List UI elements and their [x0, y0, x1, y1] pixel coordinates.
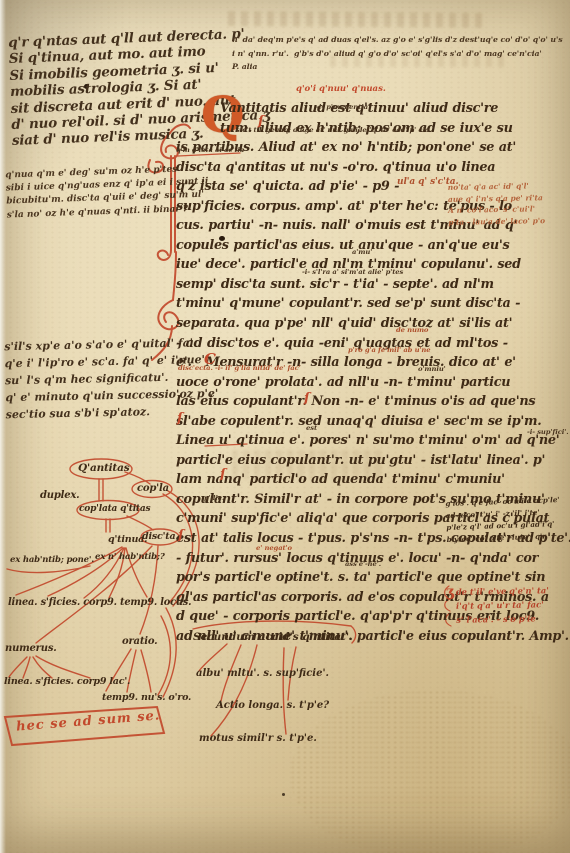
text-line: disc'ta q'antitas ut nu's -o'ro. q'tinua… — [176, 158, 570, 178]
paraph-mark: ſ — [220, 467, 226, 482]
interlinear-gloss: p'die. — [204, 494, 224, 502]
text-line: i n' q'nn. r'u'. g'b's d'o' aliud q' g'o… — [232, 47, 563, 61]
paraph-mark: ſ — [177, 411, 183, 426]
paraph-mark: ſ — [304, 391, 310, 406]
tree-node-copula: cop'la — [137, 483, 169, 494]
tree-node-ex-non-habentibus: ex n' hab'ntib;? — [95, 552, 165, 562]
right-margin-note-2: g'los'. q'e fac' oc'u'i a ocp'le'ad uico… — [445, 494, 561, 546]
tree-leaf-oratio: oratio. — [122, 636, 157, 647]
boxed-rubric-note: hec se ad sum se. — [16, 708, 161, 734]
accidens-item: Actio longa. s. t'p'e? — [216, 700, 329, 711]
accidens-item: motus simil'r s. t'p'e. — [199, 733, 317, 744]
text-line: copules particl'as eius. ut anu'que - an… — [176, 236, 570, 256]
tree-leaf-positionem-species: linea. s'ficies. corp9 lac'. — [4, 676, 130, 687]
text-line: n' da' deq'm p'e's q' ad duas q'el's. az… — [232, 33, 563, 47]
ink-blot — [282, 793, 285, 796]
text-line: particl'e eius copulant'r. ut pu'gtu' - … — [176, 451, 570, 471]
interlinear-gloss: q'm d'lata ai ac'tia — [176, 146, 244, 154]
text-line: Linea u' q'tinua e'. pores' n' su'mo t'm… — [176, 431, 570, 451]
paraph-mark: C — [204, 350, 216, 368]
interlinear-gloss: -i- sup'fici'. — [527, 428, 568, 436]
interlinear-gloss-red: p'ro g'a fe'mil' ab u'ne — [348, 346, 430, 354]
text-line: t'minu' q'mune' copulant'r. sed se'p' su… — [176, 294, 570, 314]
text-line: s' l'aca'. - s'o p'ie — [456, 611, 549, 627]
interlinear-gloss: -i- p'manentia' — [316, 103, 370, 111]
text-line: Vantitatis aliud est q'tinuu' aliud disc… — [220, 99, 570, 119]
top-right-gloss: n' da' deq'm p'e's q' ad duas q'el's. az… — [232, 33, 563, 74]
text-line: separata. qua p'pe' nll' q'uid' disc'toz… — [176, 314, 570, 334]
text-line: P. alia — [232, 60, 563, 74]
accidens-item: albu' mltu'. s. sup'ficie'. — [196, 668, 329, 679]
interlinear-gloss: a'mu' — [352, 248, 372, 256]
page-edge — [0, 0, 6, 853]
interlinear-gloss-red: e' negat'o — [256, 544, 292, 552]
tree-leaf-numerus: numerus. — [5, 643, 57, 654]
right-margin-note-1: no'ta' q'a ac' id' q'l'aue q' i'n's q'a … — [448, 180, 546, 228]
tree-node-copulata: cop'lata q'titas — [79, 504, 150, 514]
text-line: lam nanq' particl'o ad quenda' t'minu' c… — [176, 470, 570, 490]
accidens-root-label: Secundum accid's q'ntitat'. — [193, 631, 353, 643]
text-line: A n' co'l'aco' s' c'ui'l' — [448, 203, 545, 216]
tree-leaf-continua-species: linea. s'ficies. corp9. temp9. locus. — [8, 597, 191, 608]
text-line: semp' disc'ta sunt. sic'r - t'ia' - sept… — [176, 275, 570, 295]
interlinear-gloss: sic't til' ge'mq; d'lige at' nul' g'uide… — [236, 126, 432, 134]
text-line: sl'abe copulent'r. sed unaq'q' diuisa e'… — [176, 412, 570, 432]
tree-node-duplex: duplex. — [40, 490, 79, 501]
manuscript-page: q'r q'ntas aut q'll aut derecta. p'Si q'… — [0, 0, 570, 853]
text-line: las eius copulant'r. Non -n- e' t'minus … — [176, 392, 570, 412]
margin-note-bracket-glyph: ʒ — [446, 586, 454, 599]
text-line: p'ta - lau'a de' laco' p'o — [448, 215, 545, 228]
interlinear-gloss: ass'e'-he'. — [345, 560, 381, 568]
tree-leaf-non-positionem-species: temp9. nu's. o'ro. — [102, 692, 191, 703]
right-margin-note-3: de t'il' e've q'e'n' ta'i'q't q'a' u'r t… — [456, 583, 550, 627]
tree-node-ex-habentibus: ex hab'ntib; pone'. — [10, 555, 94, 565]
quantity-tree-lines — [7, 459, 199, 697]
interlinear-gloss-red: de numo — [396, 326, 428, 334]
rubric-heading-gloss: q'o'i q'nuu' q'nuas. — [296, 84, 386, 94]
paraph-mark: ſ — [258, 114, 264, 129]
tree-node-discreta: disc'ta. — [142, 531, 179, 542]
text-line: uoce o'rone' prolata'. ad nll'u -n- t'mi… — [176, 373, 570, 393]
interlinear-gloss: est — [306, 424, 317, 432]
interlinear-gloss: o'mniu' — [418, 365, 446, 373]
interlinear-gloss: -i- s'l'ra a' si'm'at alie' p'tes — [302, 268, 403, 276]
paraph-mark: ſ — [178, 528, 184, 543]
tree-node-quantitas: Q'antitas — [78, 462, 129, 474]
interlinear-gloss-red: disc'ecta. -i- il' g'lia nitid' de' fac' — [178, 364, 301, 372]
parchment-follicle-texture — [290, 690, 570, 853]
